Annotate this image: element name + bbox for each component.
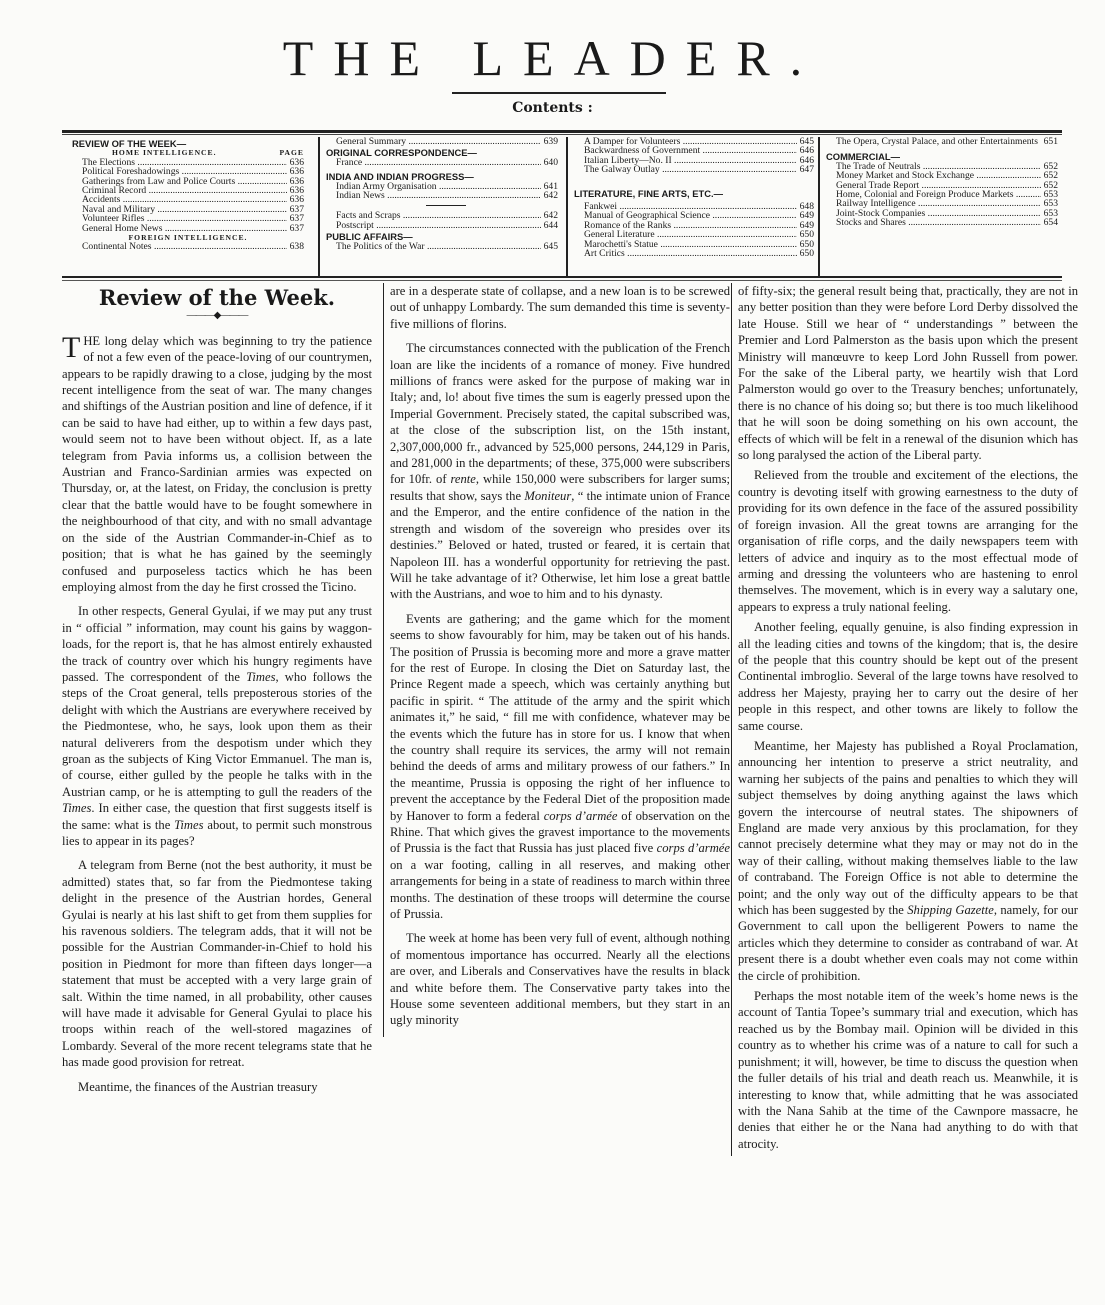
toc-entry: Fankwei648: [574, 202, 814, 211]
contents-bottom-rule-thin: [62, 280, 1062, 281]
toc-entry: Romance of the Ranks649: [574, 221, 814, 230]
toc-entry-title: Marochetti's Statue: [584, 240, 797, 249]
toc-entry-title: Money Market and Stock Exchange: [836, 171, 1041, 180]
toc-entry-page: 651: [1041, 137, 1058, 146]
masthead-rule: [452, 92, 666, 94]
toc-entry-title: General Literature: [584, 230, 797, 239]
toc-entry-title: Volunteer Rifles: [82, 214, 287, 223]
article-paragraph: Perhaps the most notable item of the wee…: [738, 988, 1078, 1152]
toc-entry: Indian Army Organisation641: [326, 182, 558, 191]
toc-subheading-label: FOREIGN INTELLIGENCE.: [129, 233, 248, 242]
toc-entry-title: Fankwei: [584, 202, 797, 211]
section-heading: Review of the Week.: [62, 290, 372, 306]
toc-entry-title: Stocks and Shares: [836, 218, 1041, 227]
toc-entry: Facts and Scraps642: [326, 211, 558, 220]
toc-entry: Art Critics650: [574, 249, 814, 258]
toc-entry-title: The Elections: [82, 158, 287, 167]
toc-entry-title: The Opera, Crystal Palace, and other Ent…: [836, 137, 1041, 146]
article-paragraph: Another feeling, equally genuine, is als…: [738, 619, 1078, 734]
toc-entry: Naval and Military637: [72, 205, 304, 214]
article-column-2: are in a desperate state of collapse, an…: [383, 283, 730, 1037]
toc-entry: The Opera, Crystal Palace, and other Ent…: [826, 137, 1058, 146]
toc-subheading-foreign: FOREIGN INTELLIGENCE.: [72, 233, 304, 242]
toc-entry-title: Indian News: [336, 191, 541, 200]
toc-entry: Volunteer Rifles637: [72, 214, 304, 223]
toc-entry: Stocks and Shares654: [826, 218, 1058, 227]
toc-entry-title: The Galway Outlay: [584, 165, 797, 174]
article-paragraph: The circumstances connected with the pub…: [390, 340, 730, 603]
toc-entry-title: Political Foreshadowings: [82, 167, 287, 176]
masthead-title: THE LEADER.: [0, 28, 1105, 88]
toc-entry-title: France: [336, 158, 541, 167]
toc-entry: A Damper for Volunteers645: [574, 137, 814, 146]
contents-bottom-rule: [62, 276, 1062, 278]
toc-entry-title: Art Critics: [584, 249, 797, 258]
toc-section-heading: INDIA AND INDIAN PROGRESS—: [326, 172, 558, 181]
contents-label: Contents :: [0, 100, 1105, 116]
toc-subheading-label: HOME INTELLIGENCE.: [112, 148, 217, 157]
toc-entry-title: Naval and Military: [82, 205, 287, 214]
toc-entry: Continental Notes638: [72, 242, 304, 251]
toc-entry-title: Romance of the Ranks: [584, 221, 797, 230]
toc-entry-page: 654: [1041, 218, 1058, 227]
toc-entry: The Elections636: [72, 158, 304, 167]
toc-entry-title: Railway Intelligence: [836, 199, 1041, 208]
toc-entry-title: General Home News: [82, 224, 287, 233]
toc-entry: Money Market and Stock Exchange652: [826, 171, 1058, 180]
toc-entry: The Trade of Neutrals652: [826, 162, 1058, 171]
toc-entry-title: Postscript: [336, 221, 541, 230]
toc-entry: Gatherings from Law and Police Courts636: [72, 177, 304, 186]
toc-entry-page: 650: [797, 249, 814, 258]
toc-entry-page: 644: [541, 221, 558, 230]
toc-entry-title: Italian Liberty—No. II: [584, 156, 797, 165]
toc-entry-title: A Damper for Volunteers: [584, 137, 797, 146]
toc-entry-page: 638: [287, 242, 304, 251]
toc-section-heading: PUBLIC AFFAIRS—: [326, 232, 558, 241]
article-paragraph: THE long delay which was beginning to tr…: [62, 333, 372, 596]
toc-entry-title: Backwardness of Government: [584, 146, 797, 155]
toc-entry: General Literature650: [574, 230, 814, 239]
toc-entry-title: Gatherings from Law and Police Courts: [82, 177, 287, 186]
toc-entry: Backwardness of Government646: [574, 146, 814, 155]
toc-entry: Political Foreshadowings636: [72, 167, 304, 176]
toc-entry-page: 645: [541, 242, 558, 251]
toc-entry: The Politics of the War645: [326, 242, 558, 251]
article-paragraph: In other respects, General Gyulai, if we…: [62, 603, 372, 849]
toc-entry-title: Manual of Geographical Science: [584, 211, 797, 220]
toc-entry: General Trade Report652: [826, 181, 1058, 190]
article-column-3: of fifty-six; the general result being t…: [731, 283, 1078, 1156]
toc-entry-title: Home, Colonial and Foreign Produce Marke…: [836, 190, 1041, 199]
toc-entry: Home, Colonial and Foreign Produce Marke…: [826, 190, 1058, 199]
toc-entry-page: 640: [541, 158, 558, 167]
toc-entry: The Galway Outlay647: [574, 165, 814, 174]
toc-entry-title: General Summary: [336, 137, 541, 146]
toc-entry: France640: [326, 158, 558, 167]
toc-column-3: A Damper for Volunteers645Backwardness o…: [566, 137, 814, 276]
toc-entry-page: 642: [541, 191, 558, 200]
toc-entry: Manual of Geographical Science649: [574, 211, 814, 220]
drop-cap: T: [62, 335, 80, 361]
toc-subheading: HOME INTELLIGENCE. PAGE: [72, 148, 304, 157]
toc-entry: Accidents636: [72, 195, 304, 204]
toc-entry-page: 647: [797, 165, 814, 174]
toc-section-heading: LITERATURE, FINE ARTS, ETC.—: [574, 189, 814, 198]
toc-entry: General Home News637: [72, 224, 304, 233]
toc-entry-title: Joint-Stock Companies: [836, 209, 1041, 218]
toc-entry: Railway Intelligence653: [826, 199, 1058, 208]
toc-entry-title: Continental Notes: [82, 242, 287, 251]
toc-column-1: REVIEW OF THE WEEK— HOME INTELLIGENCE. P…: [72, 137, 304, 276]
toc-entry: Joint-Stock Companies653: [826, 209, 1058, 218]
toc-entry: Marochetti's Statue650: [574, 240, 814, 249]
article-paragraph: A telegram from Berne (not the best auth…: [62, 857, 372, 1070]
toc-entry: Indian News642: [326, 191, 558, 200]
toc-entry-page: 637: [287, 224, 304, 233]
toc-entry-page: 639: [541, 137, 558, 146]
toc-entry: General Summary639: [326, 137, 558, 146]
article-paragraph: Meantime, the finances of the Austrian t…: [62, 1079, 372, 1095]
article-paragraph: Events are gathering; and the game which…: [390, 611, 730, 923]
contents-top-rule: [62, 130, 1062, 133]
toc-entry-title: Accidents: [82, 195, 287, 204]
ornament-divider: ———◆———: [62, 308, 372, 324]
toc-entry-title: The Politics of the War: [336, 242, 541, 251]
article-paragraph: are in a desperate state of collapse, an…: [390, 283, 730, 332]
toc-column-4: The Opera, Crystal Palace, and other Ent…: [818, 137, 1058, 276]
article-paragraph: Meantime, her Majesty has published a Ro…: [738, 738, 1078, 984]
contents-top-rule-thin: [62, 134, 1062, 135]
toc-section-heading: COMMERCIAL—: [826, 152, 1058, 161]
toc-section-heading: ORIGINAL CORRESPONDENCE—: [326, 148, 558, 157]
toc-entry: Criminal Record636: [72, 186, 304, 195]
article-paragraph: The week at home has been very full of e…: [390, 930, 730, 1028]
toc-entry-title: General Trade Report: [836, 181, 1041, 190]
article-paragraph: of fifty-six; the general result being t…: [738, 283, 1078, 463]
toc-divider: [426, 205, 466, 206]
toc-entry-title: Criminal Record: [82, 186, 287, 195]
toc-entry: Italian Liberty—No. II646: [574, 156, 814, 165]
article-column-1: Review of the Week. ———◆——— THE long del…: [62, 286, 372, 1103]
article-paragraph: Relieved from the trouble and excitement…: [738, 467, 1078, 615]
toc-section-heading: REVIEW OF THE WEEK—: [72, 139, 304, 148]
toc-entry-title: The Trade of Neutrals: [836, 162, 1041, 171]
toc-entry: Postscript644: [326, 221, 558, 230]
toc-entry-title: Indian Army Organisation: [336, 182, 541, 191]
toc-column-2: General Summary639 ORIGINAL CORRESPONDEN…: [318, 137, 558, 276]
toc-entry-title: Facts and Scraps: [336, 211, 541, 220]
